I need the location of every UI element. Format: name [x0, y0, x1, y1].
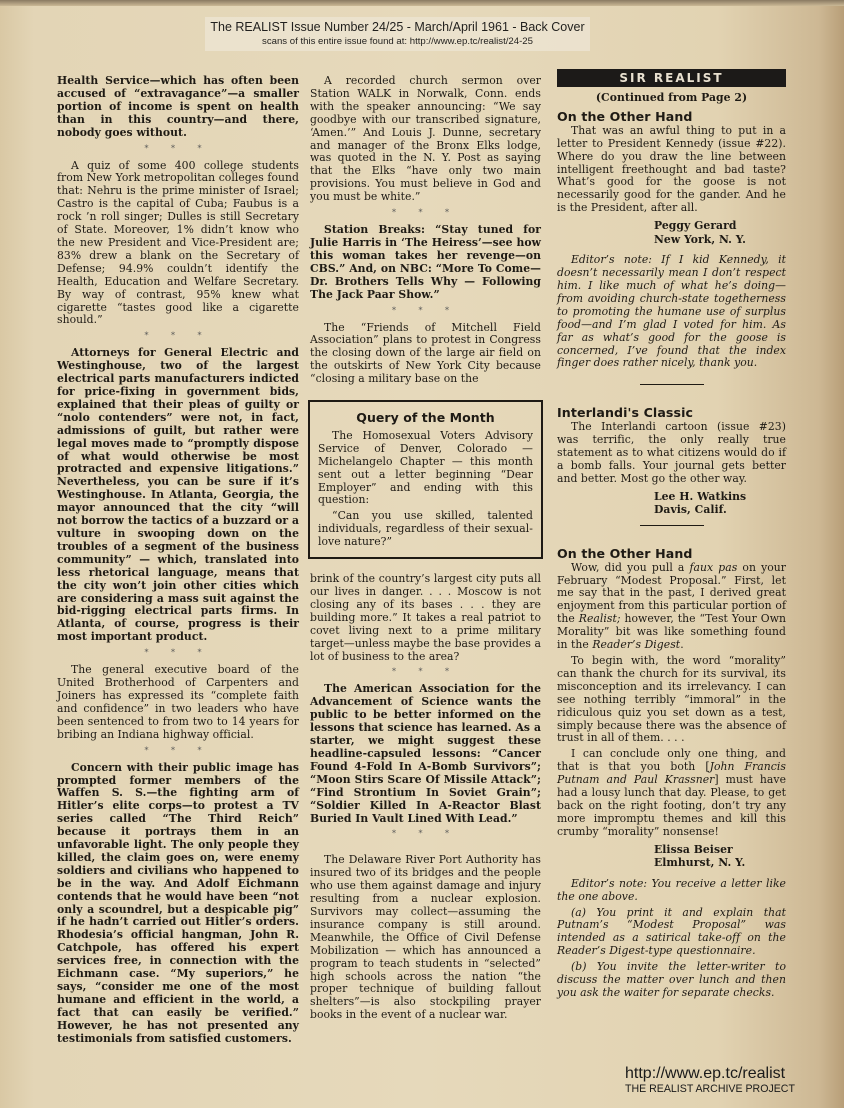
archive-banner: The REALIST Issue Number 24/25 - March/A…: [205, 17, 590, 51]
article-station-breaks: Station Breaks: “Stay tuned for Julie Ha…: [310, 224, 541, 301]
section-bar-sir-realist: SIR REALIST: [557, 69, 786, 87]
letter-body: The Interlandi cartoon (issue #23) was t…: [557, 421, 786, 486]
signer-name: Elissa Beiser: [654, 843, 786, 857]
signer-name: Lee H. Watkins: [654, 490, 786, 504]
banner-subtitle: scans of this entire issue found at: htt…: [205, 35, 590, 48]
article-mitchell-field: The “Friends of Mitchell Field Associati…: [310, 322, 541, 387]
editor-note-a: (a) You print it and explain that Putnam…: [557, 907, 786, 959]
middle-column: A recorded church sermon over Station WA…: [310, 75, 541, 1022]
separator: * * *: [310, 666, 541, 678]
letter-heading: Interlandi's Classic: [557, 407, 786, 420]
query-box-body: The Homosexual Voters Advisory Service o…: [318, 430, 533, 507]
editor-note-b: (b) You invite the letter-writer to disc…: [557, 961, 786, 1000]
query-of-the-month-box: Query of the Month The Homosexual Voters…: [308, 400, 543, 559]
archive-footer: http://www.ep.tc/realist THE REALIST ARC…: [625, 1065, 795, 1096]
query-box-title: Query of the Month: [318, 412, 533, 425]
archive-project-name: THE REALIST ARCHIVE PROJECT: [625, 1083, 795, 1096]
separator: * * *: [310, 207, 541, 219]
article-aaas: The American Association for the Advance…: [310, 683, 541, 825]
signer-name: Peggy Gerard: [654, 219, 786, 233]
letter-body-p1: Wow, did you pull a faux pas on your Feb…: [557, 562, 786, 652]
article-church-sermon: A recorded church sermon over Station WA…: [310, 75, 541, 204]
letter-heading: On the Other Hand: [557, 548, 786, 561]
separator: * * *: [310, 828, 541, 840]
separator: * * *: [57, 330, 299, 342]
article-carpenters: The general executive board of the Unite…: [57, 664, 299, 741]
right-column: SIR REALIST (Continued from Page 2) On t…: [557, 69, 786, 1000]
signer-location: Elmhurst, N. Y.: [654, 856, 786, 870]
letter-body: That was an awful thing to put in a lett…: [557, 125, 786, 215]
article-college-quiz: A quiz of some 400 college students from…: [57, 160, 299, 328]
article-mitchell-field-cont: brink of the country’s largest city puts…: [310, 573, 541, 663]
continued-note: (Continued from Page 2): [557, 92, 786, 105]
letter-heading: On the Other Hand: [557, 111, 786, 124]
banner-title: The REALIST Issue Number 24/25 - March/A…: [205, 19, 590, 35]
left-column: Health Service—which has often been accu…: [57, 75, 299, 1046]
separator: * * *: [310, 305, 541, 317]
letter-signature: Peggy Gerard New York, N. Y.: [557, 219, 786, 246]
article-price-fixing: Attorneys for General Electric and Westi…: [57, 347, 299, 644]
editor-note: Editor’s note: You receive a letter like…: [557, 878, 786, 904]
article-health-service: Health Service—which has often been accu…: [57, 75, 299, 140]
letter-signature: Elissa Beiser Elmhurst, N. Y.: [557, 843, 786, 870]
editor-note: Editor’s note: If I kid Kennedy, it does…: [557, 254, 786, 370]
page-top-edge: [0, 0, 844, 6]
archive-url[interactable]: http://www.ep.tc/realist: [625, 1065, 795, 1083]
divider: [640, 384, 704, 385]
article-waffen-ss: Concern with their public image has prom…: [57, 762, 299, 1046]
divider: [640, 525, 704, 526]
signer-location: New York, N. Y.: [654, 233, 786, 247]
separator: * * *: [57, 647, 299, 659]
letter-signature: Lee H. Watkins Davis, Calif.: [557, 490, 786, 517]
article-delaware-river: The Delaware River Port Authority has in…: [310, 854, 541, 1022]
letter-body-p3: I can conclude only one thing, and that …: [557, 748, 786, 838]
separator: * * *: [57, 143, 299, 155]
separator: * * *: [57, 745, 299, 757]
query-box-quote: “Can you use skilled, talented individua…: [318, 510, 533, 549]
letter-body-p2: To begin with, the word “morality” can t…: [557, 655, 786, 745]
signer-location: Davis, Calif.: [654, 503, 786, 517]
